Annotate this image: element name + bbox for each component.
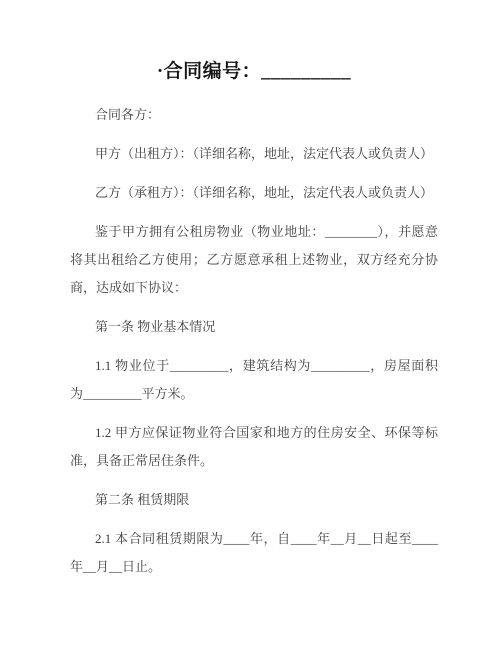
clause-2-1-lease-duration: 2.1 本合同租赁期限为____年，自____年__月__日起至____年__月… [70, 525, 438, 581]
paragraph-party-b-lessee: 乙方（承租方）：（详细名称，地址，法定代表人或负责人） [70, 179, 438, 207]
contract-document-page: ·合同编号：_________ 合同各方： 甲方（出租方）：（详细名称，地址，法… [0, 0, 500, 647]
clause-1-2-property-standards: 1.2 甲方应保证物业符合国家和地方的住房安全、环保等标准，具备正常居住条件。 [70, 419, 438, 475]
clause-1-1-property-location: 1.1 物业位于_________，建筑结构为_________，房屋面积为__… [70, 352, 438, 408]
paragraph-contract-parties-heading: 合同各方： [70, 101, 438, 129]
paragraph-party-a-lessor: 甲方（出租方）：（详细名称，地址，法定代表人或负责人） [70, 140, 438, 168]
heading-article-1-property-basics: 第一条 物业基本情况 [70, 313, 438, 341]
heading-article-2-lease-term: 第二条 租赁期限 [70, 486, 438, 514]
document-title: ·合同编号：_________ [70, 58, 438, 85]
paragraph-preamble-whereas: 鉴于甲方拥有公租房物业（物业地址：________），并愿意将其出租给乙方使用；… [70, 218, 438, 302]
